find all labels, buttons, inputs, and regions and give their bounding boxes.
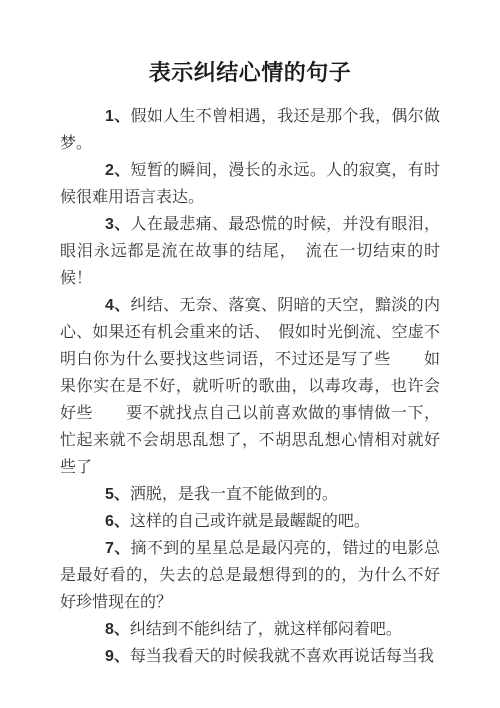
paragraph-list: 1、假如人生不曾相遇，我还是那个我，偶尔做梦。2、短暂的瞬间，漫长的永远。人的寂… — [60, 103, 440, 670]
document-page: 表示纠结心情的句子 1、假如人生不曾相遇，我还是那个我，偶尔做梦。2、短暂的瞬间… — [0, 0, 500, 708]
paragraph-number: 6、 — [105, 513, 130, 530]
paragraph-number: 3、 — [105, 216, 131, 233]
paragraph-number: 5、 — [105, 486, 130, 503]
paragraph-text: 洒脱，是我一直不能做到的。 — [130, 486, 338, 503]
paragraph-number: 7、 — [105, 540, 131, 557]
paragraph-number: 9、 — [105, 648, 130, 665]
paragraph-number: 2、 — [105, 162, 131, 179]
paragraph: 9、每当我看天的时候我就不喜欢再说话每当我 — [60, 643, 440, 670]
paragraph-text: 纠结到不能纠结了，就这样郁闷着吧。 — [130, 621, 402, 638]
paragraph-text: 这样的自己或许就是最龌龊的吧。 — [130, 513, 370, 530]
page-title: 表示纠结心情的句子 — [0, 0, 500, 89]
paragraph: 4、纠结、无奈、落寞、阴暗的天空，黯淡的内心、如果还有机会重来的话、 假如时光倒… — [60, 292, 440, 481]
paragraph-text: 每当我看天的时候我就不喜欢再说话每当我 — [130, 648, 434, 665]
paragraph: 3、人在最悲痛、最恐慌的时候，并没有眼泪，眼泪永远都是流在故事的结尾， 流在一切… — [60, 211, 440, 292]
paragraph: 7、摘不到的星星总是最闪亮的，错过的电影总是最好看的，失去的总是最想得到的的，为… — [60, 535, 440, 616]
paragraph-number: 1、 — [105, 108, 131, 125]
paragraph: 8、纠结到不能纠结了，就这样郁闷着吧。 — [60, 616, 440, 643]
paragraph-number: 4、 — [105, 297, 131, 314]
paragraph: 5、洒脱，是我一直不能做到的。 — [60, 481, 440, 508]
paragraph: 6、这样的自己或许就是最龌龊的吧。 — [60, 508, 440, 535]
paragraph: 2、短暂的瞬间，漫长的永远。人的寂寞，有时候很难用语言表达。 — [60, 157, 440, 211]
paragraph-number: 8、 — [105, 621, 130, 638]
paragraph: 1、假如人生不曾相遇，我还是那个我，偶尔做梦。 — [60, 103, 440, 157]
paragraph-text: 纠结、无奈、落寞、阴暗的天空，黯淡的内心、如果还有机会重来的话、 假如时光倒流、… — [60, 297, 440, 476]
